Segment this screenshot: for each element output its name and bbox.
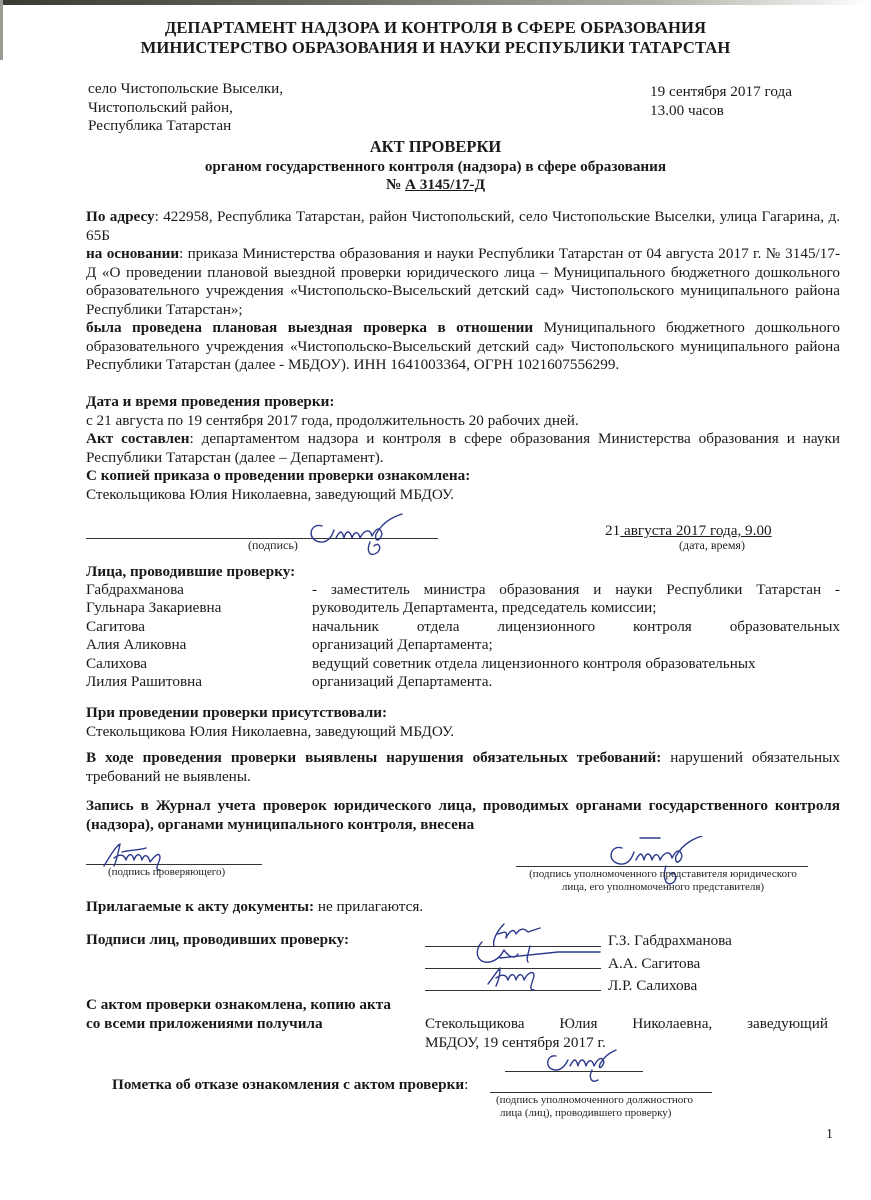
- scan-edge-top: [0, 0, 871, 5]
- document-title: АКТ ПРОВЕРКИ: [0, 138, 871, 157]
- document-number: № А 3145/17-Д: [0, 176, 871, 195]
- place-line-2: Чистопольский район,: [88, 99, 283, 118]
- inspector-role: ведущий советник отдела лицензионного ко…: [312, 655, 756, 674]
- inspector-signature-caption: (подпись проверяющего): [108, 866, 225, 879]
- inspector-name: Лилия Рашитовна: [86, 673, 202, 692]
- period-label: Дата и время проведения проверки:: [86, 393, 840, 412]
- basis-text: : приказа Министерства образования и нау…: [86, 245, 840, 318]
- period-text: с 21 августа по 19 сентября 2017 года, п…: [86, 412, 840, 431]
- inspector-role: - заместитель министра образования и нау…: [312, 581, 840, 600]
- signature-caption: (подпись): [248, 539, 298, 552]
- representative-signature-caption: (подпись уполномоченного представителя ю…: [518, 868, 808, 894]
- compiled-paragraph: Акт составлен: департаментом надзора и к…: [86, 430, 840, 467]
- signature-icon: [300, 512, 410, 560]
- order-copy-label: С копией приказа о проведении проверки о…: [86, 467, 840, 486]
- page-number: 1: [826, 1126, 833, 1145]
- inspector-row: Габдрахманова Гульнара Закариевна - заме…: [86, 581, 846, 618]
- signature-line-refusal: [490, 1092, 712, 1093]
- compiled-label: Акт составлен: [86, 430, 189, 447]
- order-copy-block: С копией приказа о проведении проверки о…: [86, 467, 840, 504]
- period-block: Дата и время проведения проверки: с 21 а…: [86, 393, 840, 430]
- attachments-label: Прилагаемые к акту документы:: [86, 898, 314, 915]
- place-line-3: Республика Татарстан: [88, 117, 283, 136]
- header-ministry: МИНИСТЕРСТВО ОБРАЗОВАНИЯ И НАУКИ РЕСПУБЛ…: [0, 38, 871, 58]
- inspector-row: Салихова Лилия Рашитовна ведущий советни…: [86, 655, 846, 692]
- acknowledged-text: Стекольщикова Юлия Николаевна, заведующи…: [425, 1015, 828, 1052]
- signature-icon: [470, 920, 610, 1000]
- document-number-value: А 3145/17-Д: [405, 176, 485, 193]
- inspectors-list: Габдрахманова Гульнара Закариевна - заме…: [86, 581, 846, 692]
- document-subtitle: органом государственного контроля (надзо…: [0, 158, 871, 177]
- signer-name: А.А. Сагитова: [608, 955, 700, 974]
- signer-name: Л.Р. Салихова: [608, 977, 697, 996]
- inspectors-label: Лица, проводившие проверку:: [86, 563, 295, 582]
- refusal-caption: (подпись уполномоченного должностного ли…: [496, 1094, 693, 1120]
- inspector-role-cont: организаций Департамента;: [312, 636, 493, 655]
- address-label: По адресу: [86, 208, 155, 225]
- attachments-text: не прилагаются.: [314, 898, 423, 915]
- acknowledged-label: С актом проверки ознакомлена, копию акта…: [86, 996, 391, 1033]
- present-text: Стекольщикова Юлия Николаевна, заведующи…: [86, 723, 454, 742]
- inspection-paragraph: была проведена плановая выездная проверк…: [86, 319, 840, 375]
- act-date: 19 сентября 2017 года: [650, 83, 792, 102]
- signer-name: Г.З. Габдрахманова: [608, 932, 732, 951]
- act-time: 13.00 часов: [650, 102, 792, 121]
- inspector-name: Гульнара Закариевна: [86, 599, 221, 618]
- inspector-surname: Салихова: [86, 655, 147, 674]
- inspector-role-cont: организаций Департамента.: [312, 673, 492, 692]
- signatures-label: Подписи лиц, проводивших проверку:: [86, 931, 349, 950]
- order-copy-text: Стекольщикова Юлия Николаевна, заведующи…: [86, 486, 840, 505]
- refusal-label: Пометка об отказе ознакомления с актом п…: [112, 1076, 468, 1095]
- place-line-1: село Чистопольские Выселки,: [88, 80, 283, 99]
- violations-label: В ходе проведения проверки выявлены нару…: [86, 749, 661, 766]
- date-caption: (дата, время): [679, 539, 745, 552]
- inspection-label: была проведена плановая выездная проверк…: [86, 319, 533, 336]
- inspector-role: начальник отдела лицензионного контроля …: [312, 618, 840, 637]
- violations-paragraph: В ходе проведения проверки выявлены нару…: [86, 749, 840, 786]
- inspector-surname: Сагитова: [86, 618, 145, 637]
- signature-icon: [540, 1048, 620, 1088]
- basis-label: на основании: [86, 245, 179, 262]
- journal-paragraph: Запись в Журнал учета проверок юридическ…: [86, 797, 840, 834]
- compiled-text: : департаментом надзора и контроля в сфе…: [86, 430, 840, 466]
- inspector-row: Сагитова Алия Аликовна начальник отдела …: [86, 618, 846, 655]
- header-department: ДЕПАРТАМЕНТ НАДЗОРА И КОНТРОЛЯ В СФЕРЕ О…: [0, 18, 871, 38]
- present-block: При проведении проверки присутствовали: …: [86, 704, 454, 741]
- address-text: : 422958, Республика Татарстан, район Чи…: [86, 208, 840, 244]
- inspector-surname: Габдрахманова: [86, 581, 184, 600]
- datetime-block: 19 сентября 2017 года 13.00 часов: [650, 83, 792, 120]
- present-label: При проведении проверки присутствовали:: [86, 704, 454, 723]
- address-paragraph: По адресу: 422958, Республика Татарстан,…: [86, 208, 840, 245]
- inspector-name: Алия Аликовна: [86, 636, 186, 655]
- inspector-role-cont: руководитель Департамента, председатель …: [312, 599, 657, 618]
- attachments-line: Прилагаемые к акту документы: не прилага…: [86, 898, 423, 917]
- place-block: село Чистопольские Выселки, Чистопольски…: [88, 80, 283, 136]
- basis-paragraph: на основании: приказа Министерства образ…: [86, 245, 840, 319]
